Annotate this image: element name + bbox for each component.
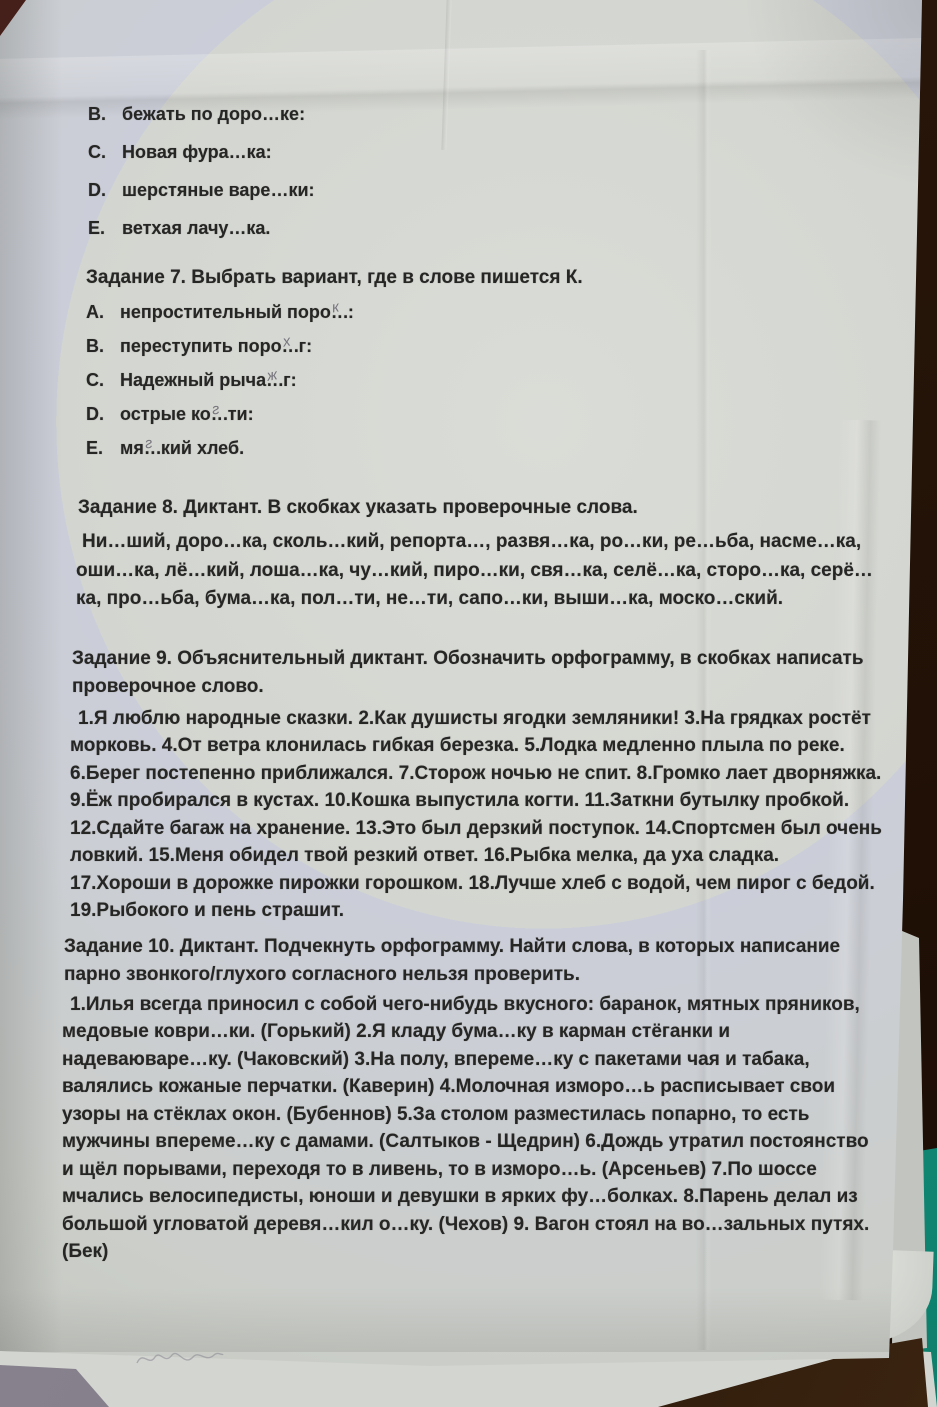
option-row: D. шерстяные варе…ки:: [88, 180, 882, 200]
option-letter: C.: [88, 142, 122, 162]
option-text-post: г:: [283, 370, 297, 390]
task8-title: Задание 8. Диктант. В скобках указать пр…: [78, 496, 882, 520]
blank-gap: …х: [282, 336, 299, 356]
option-row: E. ветхая лачу…ка.: [88, 218, 882, 238]
option-row: C. Новая фура…ка:: [88, 142, 882, 162]
task10-title: Задание 10. Диктант. Подчекнуть орфограм…: [64, 933, 880, 989]
option-text-pre: непростительный поро: [120, 302, 331, 322]
option-text-post: :: [348, 302, 354, 322]
blank-gap: …г: [144, 438, 161, 458]
option-row: A. непростительный поро…к:: [86, 302, 882, 322]
task9-title: Задание 9. Объяснительный диктант. Обозн…: [72, 645, 882, 701]
option-text: Надежный рыча…жг:: [120, 370, 297, 390]
option-text-post: г:: [299, 336, 313, 356]
option-text: непростительный поро…к:: [120, 302, 354, 322]
task7-options: A. непростительный поро…к: B. переступит…: [86, 302, 882, 458]
option-letter: B.: [86, 336, 120, 356]
option-letter: C.: [86, 370, 120, 390]
option-text-post: ти:: [228, 404, 254, 424]
pencil-scribble: [134, 1344, 226, 1372]
option-letter: D.: [88, 180, 122, 200]
worksheet-page: B. бежать по доро…ке: C. Новая фура…ка: …: [0, 0, 937, 1407]
option-letter: E.: [88, 218, 122, 238]
pencil-mark: ж: [265, 365, 279, 386]
option-letter: E.: [86, 438, 120, 458]
blank-gap: …г: [211, 404, 228, 424]
option-row: C. Надежный рыча…жг:: [86, 370, 882, 390]
task10-sentences: 1.Илья всегда приносил с собой чего-нибу…: [62, 991, 880, 1266]
option-letter: A.: [86, 302, 120, 322]
option-text: Новая фура…ка:: [122, 142, 272, 162]
option-letter: D.: [86, 404, 120, 424]
option-text-pre: переступить поро: [120, 336, 282, 356]
option-text-post: кий хлеб.: [161, 438, 244, 458]
option-text: шерстяные варе…ки:: [122, 180, 315, 200]
blank-gap: …к: [331, 302, 348, 322]
option-text-pre: острые ко: [120, 404, 211, 424]
task8-words: Ни…ший, доро…ка, сколь…кий, репорта…, ра…: [76, 528, 876, 614]
option-row: B. бежать по доро…ке:: [88, 104, 882, 124]
blank-gap: …ж: [266, 370, 283, 390]
option-text: переступить поро…хг:: [120, 336, 312, 356]
option-row: E. мя…гкий хлеб.: [86, 438, 882, 458]
option-text: острые ко…гти:: [120, 404, 254, 424]
paper-shadow-bottom: [0, 1288, 937, 1352]
option-text-pre: Надежный рыча: [120, 370, 266, 390]
worksheet-content: B. бежать по доро…ке: C. Новая фура…ка: …: [62, 0, 882, 1266]
task9-sentences: 1.Я люблю народные сказки. 2.Как душисты…: [70, 705, 882, 925]
worksheet-photo: B. бежать по доро…ке: C. Новая фура…ка: …: [0, 0, 937, 1407]
paper-shadow-left: [0, 0, 62, 1407]
task7-title: Задание 7. Выбрать вариант, где в слове …: [86, 266, 882, 290]
option-text: ветхая лачу…ка.: [122, 218, 270, 238]
option-letter: B.: [88, 104, 122, 124]
option-text-pre: мя: [120, 438, 144, 458]
option-text: мя…гкий хлеб.: [120, 438, 244, 458]
option-row: B. переступить поро…хг:: [86, 336, 882, 356]
task6-options: B. бежать по доро…ке: C. Новая фура…ка: …: [88, 104, 882, 238]
option-text: бежать по доро…ке:: [122, 104, 305, 124]
option-row: D. острые ко…гти:: [86, 404, 882, 424]
